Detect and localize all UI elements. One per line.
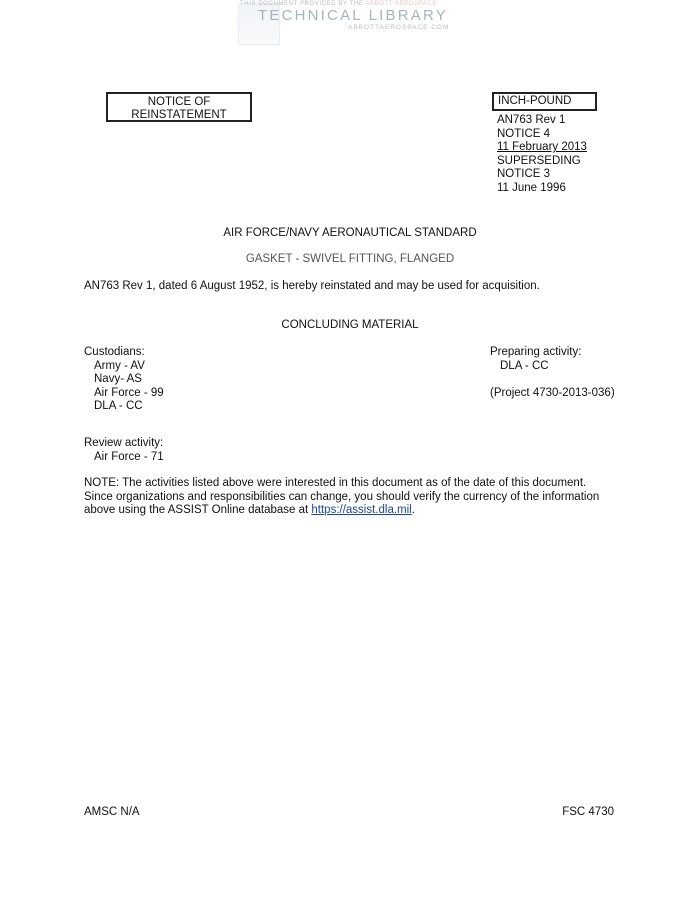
- custodian-item: Navy- AS: [84, 373, 164, 387]
- document-info: AN763 Rev 1 NOTICE 4 11 February 2013 SU…: [497, 114, 587, 195]
- preparing-activity-value: DLA - CC: [490, 360, 615, 374]
- note-line-3-end: .: [412, 504, 415, 516]
- footer-amsc: AMSC N/A: [84, 806, 140, 820]
- inch-pound-box: INCH-POUND: [492, 92, 597, 111]
- review-activity-item: Air Force - 71: [84, 451, 164, 465]
- superseding-label: SUPERSEDING: [497, 155, 587, 169]
- note-section: NOTE: The activities listed above were i…: [84, 477, 599, 518]
- assist-link[interactable]: https://assist.dla.mil: [311, 504, 411, 516]
- previous-notice: NOTICE 3: [497, 168, 587, 182]
- note-line-3-text: above using the ASSIST Online database a…: [84, 504, 311, 516]
- doc-id: AN763 Rev 1: [497, 114, 587, 128]
- note-line-1: NOTE: The activities listed above were i…: [84, 477, 599, 491]
- footer-fsc: FSC 4730: [562, 806, 614, 820]
- custodian-item: DLA - CC: [84, 400, 164, 414]
- preparing-activity-section: Preparing activity: DLA - CC (Project 47…: [490, 346, 615, 400]
- note-line-3: above using the ASSIST Online database a…: [84, 504, 599, 518]
- custodians-section: Custodians: Army - AV Navy- AS Air Force…: [84, 346, 164, 414]
- notice-box-line-1: NOTICE OF: [108, 96, 250, 109]
- notice-of-reinstatement-box: NOTICE OF REINSTATEMENT: [106, 92, 252, 122]
- reinstatement-statement: AN763 Rev 1, dated 6 August 1952, is her…: [84, 280, 540, 294]
- note-line-2: Since organizations and responsibilities…: [84, 491, 599, 505]
- concluding-material-heading: CONCLUDING MATERIAL: [0, 319, 700, 333]
- previous-date: 11 June 1996: [497, 182, 587, 196]
- notice-number: NOTICE 4: [497, 128, 587, 142]
- preparing-activity-label: Preparing activity:: [490, 346, 615, 360]
- standard-title: AIR FORCE/NAVY AERONAUTICAL STANDARD: [0, 227, 700, 241]
- project-number: (Project 4730-2013-036): [490, 387, 615, 401]
- watermark-title: TECHNICAL LIBRARY: [258, 7, 448, 24]
- watermark-url: ABBOTTAEROSPACE.COM: [348, 24, 449, 31]
- watermark: THIS DOCUMENT PROVIDED BY THE ABBOTT AER…: [236, 0, 456, 46]
- notice-date: 11 February 2013: [497, 141, 587, 155]
- custodian-item: Army - AV: [84, 360, 164, 374]
- review-activity-label: Review activity:: [84, 437, 164, 451]
- custodian-item: Air Force - 99: [84, 387, 164, 401]
- notice-box-line-2: REINSTATEMENT: [108, 109, 250, 122]
- review-activity-section: Review activity: Air Force - 71: [84, 437, 164, 464]
- item-title: GASKET - SWIVEL FITTING, FLANGED: [0, 253, 700, 267]
- custodians-label: Custodians:: [84, 346, 164, 360]
